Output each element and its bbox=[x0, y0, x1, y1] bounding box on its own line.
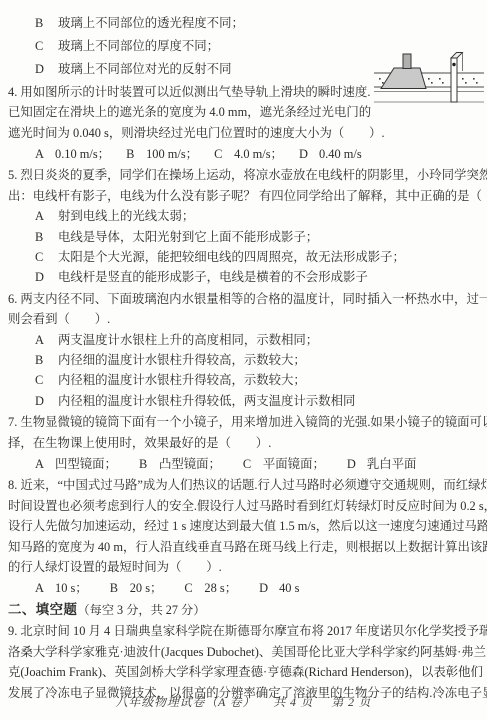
option-label: A bbox=[35, 454, 46, 474]
question-5: 5. 烈日炎炎的夏季，同学们在操场上运动，将凉水壶放在电线杆的阴影里，小玲同学突… bbox=[8, 165, 479, 287]
photogate-sensor-dot bbox=[452, 63, 455, 66]
option-text: 乳白平面 bbox=[367, 457, 417, 471]
option-text: 40 s bbox=[279, 581, 299, 595]
option-text: 20 s； bbox=[130, 581, 163, 595]
question-7: 7. 生物显微镜的镜筒下面有一个小镜子，用来增加进入镜筒的光强.如果小镜子的镜面… bbox=[8, 412, 479, 474]
option: A凹型镜面； bbox=[35, 454, 117, 474]
option-label: B bbox=[35, 13, 48, 33]
option-label: C bbox=[214, 144, 225, 164]
option-label: B bbox=[139, 454, 150, 474]
question-stem-line: 8. 近来，“中国式过马路”成为人们热议的话题.行人过马路时必须遵守交通规则，而… bbox=[8, 475, 479, 495]
slider-shape bbox=[381, 68, 426, 89]
option-text: 射到电线上的光线太弱； bbox=[58, 209, 194, 223]
option-text: 100 m/s； bbox=[146, 147, 198, 161]
option: A0.10 m/s； bbox=[35, 144, 110, 164]
option-text: 玻璃上不同部位的厚度不同； bbox=[58, 39, 219, 53]
question-stem-line: 9. 北京时间 10 月 4 日瑞典皇家科学院在斯德哥尔摩宣布将 2017 年度… bbox=[8, 621, 479, 641]
air-track-illustration bbox=[374, 52, 484, 116]
air-track-figure bbox=[374, 52, 484, 116]
question-stem-line: 则会看到（ ）. bbox=[8, 309, 479, 329]
option-label: A bbox=[35, 578, 46, 598]
option-text: 玻璃上不同部位对光的反射不同 bbox=[58, 62, 231, 76]
option-text: 电线是导体，太阳光射到它上面不能形成影子； bbox=[58, 230, 318, 244]
option: C平面镜面； bbox=[243, 454, 325, 474]
option-row: B内径细的温度计水银柱升得较高，示数较大； bbox=[8, 350, 479, 370]
page-footer: 八年级物理试卷（A 卷）共 4 页第 2 页 bbox=[0, 692, 487, 712]
option-text: 内径细的温度计水银柱升得较高，示数较大； bbox=[58, 353, 306, 367]
option-label: C bbox=[35, 247, 48, 267]
option-label: A bbox=[35, 206, 48, 226]
option: B凸型镜面； bbox=[139, 454, 221, 474]
options-inline-row: A10 s； B20 s； C28 s； D40 s bbox=[8, 578, 479, 598]
option-text: 两支温度计水银柱上升的高度相同，示数相同； bbox=[58, 333, 318, 347]
option-text: 10 s； bbox=[55, 581, 88, 595]
question-stem-line: 的行人绿灯设置的最短时间为（ ）. bbox=[8, 557, 479, 577]
option-row: D电线杆是竖直的能形成影子，电线是横着的不会形成影子 bbox=[8, 267, 479, 287]
shading-strip-shape bbox=[403, 54, 411, 69]
option: B100 m/s； bbox=[126, 144, 198, 164]
option: A10 s； bbox=[35, 578, 88, 598]
option-text: 内径粗的温度计水银柱升得较高，示数较大； bbox=[58, 373, 306, 387]
section-note: （每空 3 分，共 27 分） bbox=[77, 603, 205, 617]
option-text: 平面镜面； bbox=[263, 457, 325, 471]
option-label: D bbox=[35, 391, 48, 411]
question-stem-line: 出：电线杆有影子，电线为什么没有影子呢？ 有四位同学给出了解释，其中正确的是（ … bbox=[8, 186, 479, 206]
options-inline-row: A凹型镜面； B凸型镜面； C平面镜面； D乳白平面 bbox=[8, 454, 479, 474]
option-text: 4.0 m/s； bbox=[234, 147, 283, 161]
question-stem-line: 7. 生物显微镜的镜筒下面有一个小镜子，用来增加进入镜筒的光强.如果小镜子的镜面… bbox=[8, 412, 479, 432]
option-row: D内径粗的温度计水银柱升得较低，两支温度计示数相同 bbox=[8, 391, 479, 411]
question-8: 8. 近来，“中国式过马路”成为人们热议的话题.行人过马路时必须遵守交通规则，而… bbox=[8, 475, 479, 598]
option-label: D bbox=[259, 578, 270, 598]
option-text: 0.40 m/s bbox=[319, 147, 362, 161]
option-label: D bbox=[299, 144, 310, 164]
option: D0.40 m/s bbox=[299, 144, 362, 164]
option-text: 0.10 m/s； bbox=[55, 147, 110, 161]
option-label: C bbox=[184, 578, 195, 598]
option-text: 太阳是个大光源，能把较细电线的四周照亮，故无法形成影子； bbox=[58, 250, 405, 264]
question-stem-line: 克(Joachim Frank)、英国剑桥大学科学家理查德·亨德森(Richar… bbox=[8, 662, 479, 682]
option: D40 s bbox=[259, 578, 299, 598]
option-text: 玻璃上不同部位的透光程度不同； bbox=[58, 16, 244, 30]
option-text: 凹型镜面； bbox=[55, 457, 117, 471]
section-title: 二、填空题 bbox=[8, 602, 77, 617]
photogate-shape bbox=[451, 53, 463, 103]
option-row: A两支温度计水银柱上升的高度相同，示数相同； bbox=[8, 330, 479, 350]
footer-current-page: 第 2 页 bbox=[331, 695, 371, 709]
question-stem-line: 择，在生物课上使用时，效果最好的是（ ）. bbox=[8, 433, 479, 453]
option-label: C bbox=[35, 370, 48, 390]
question-stem-line: 6. 两支内径不同、下面玻璃泡内水银量相等的合格的温度计，同时插入一杯热水中，过… bbox=[8, 289, 479, 309]
option: B20 s； bbox=[110, 578, 163, 598]
option-label: D bbox=[35, 267, 48, 287]
option-row: C内径粗的温度计水银柱升得较高，示数较大； bbox=[8, 370, 479, 390]
option-label: C bbox=[243, 454, 254, 474]
option: C4.0 m/s； bbox=[214, 144, 283, 164]
option-row: B玻璃上不同部位的透光程度不同； bbox=[8, 13, 479, 33]
option-row: B电线是导体，太阳光射到它上面不能形成影子； bbox=[8, 227, 479, 247]
option-text: 凸型镜面； bbox=[159, 457, 221, 471]
question-stem-line: 5. 烈日炎炎的夏季，同学们在操场上运动，将凉水壶放在电线杆的阴影里，小玲同学突… bbox=[8, 165, 479, 185]
option-label: B bbox=[126, 144, 137, 164]
question-stem-line: 时间设置也必须考虑到行人的安全.假设行人过马路时看到红灯转绿灯时反应时间为 0.… bbox=[8, 496, 479, 516]
option-text: 电线杆是竖直的能形成影子，电线是横着的不会形成影子 bbox=[58, 270, 368, 284]
option-label: D bbox=[35, 59, 48, 79]
question-6: 6. 两支内径不同、下面玻璃泡内水银量相等的合格的温度计，同时插入一杯热水中，过… bbox=[8, 289, 479, 411]
footer-exam-title: 八年级物理试卷（A 卷） bbox=[116, 695, 256, 709]
option-text: 内径粗的温度计水银柱升得较低，两支温度计示数相同 bbox=[58, 394, 355, 408]
footer-total-pages: 共 4 页 bbox=[273, 695, 313, 709]
option-row: A射到电线上的光线太弱； bbox=[8, 206, 479, 226]
question-stem-line: 设行人先做匀加速运动，经过 1 s 速度达到最大值 1.5 m/s，然后以这一速… bbox=[8, 516, 479, 536]
option-label: D bbox=[347, 454, 358, 474]
options-inline-row: A0.10 m/s； B100 m/s； C4.0 m/s； D0.40 m/s bbox=[8, 144, 479, 164]
option-label: C bbox=[35, 36, 48, 56]
option-label: B bbox=[35, 227, 48, 247]
option-label: A bbox=[35, 330, 48, 350]
option: C28 s； bbox=[184, 578, 237, 598]
option-label: B bbox=[35, 350, 48, 370]
question-stem-line: 遮光时间为 0.040 s，则滑块经过光电门位置时的速度大小为（ ）. bbox=[8, 123, 479, 143]
option-label: B bbox=[110, 578, 121, 598]
section-2-header: 二、填空题（每空 3 分，共 27 分） bbox=[8, 600, 479, 620]
option-row: C太阳是个大光源，能把较细电线的四周照亮，故无法形成影子； bbox=[8, 247, 479, 267]
question-stem-line: 知马路的宽度为 40 m，行人沿直线垂直马路在斑马线上行走，则根据以上数据计算出… bbox=[8, 537, 479, 557]
question-stem-line: 洛桑大学科学家雅克·迪波什(Jacques Dubochet)、美国哥伦比亚大学… bbox=[8, 642, 479, 662]
option: D乳白平面 bbox=[347, 454, 417, 474]
option-text: 28 s； bbox=[204, 581, 237, 595]
option-label: A bbox=[35, 144, 46, 164]
